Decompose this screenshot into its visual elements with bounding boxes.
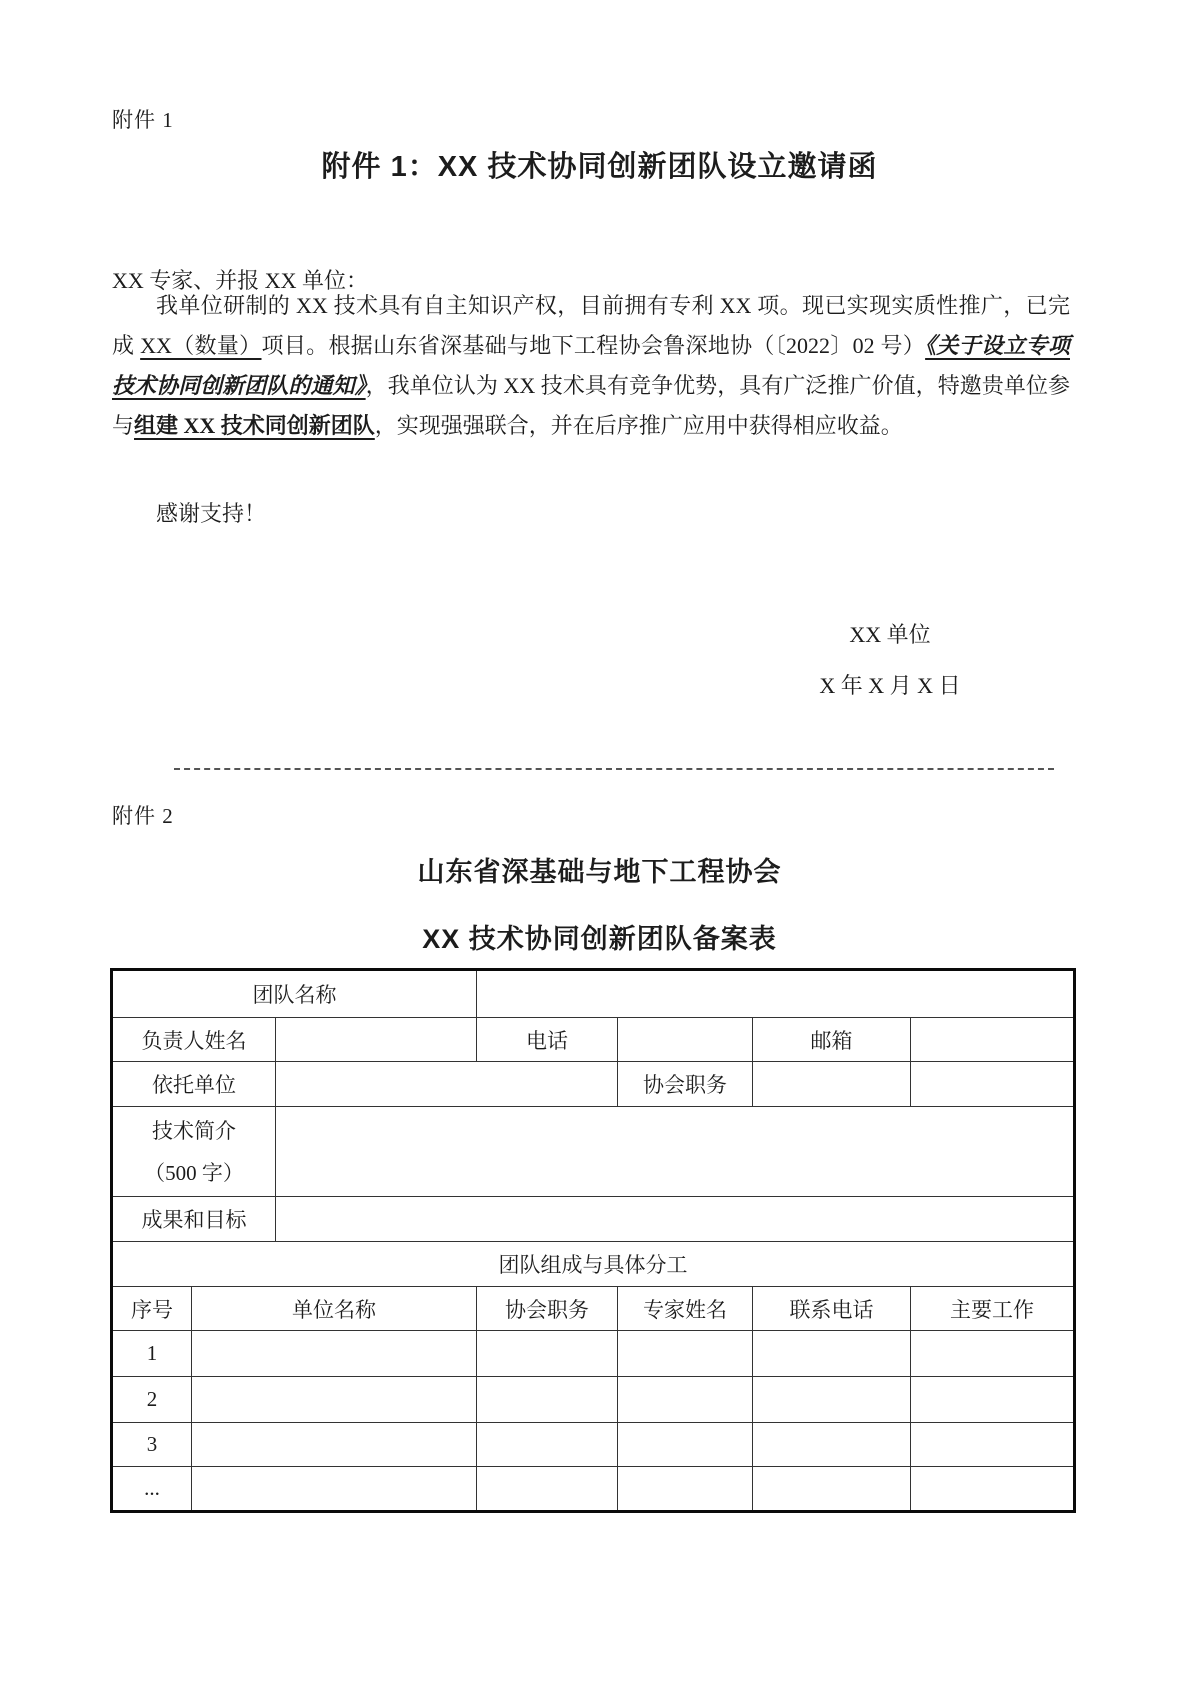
table-row-team-name: 团队名称	[112, 970, 1075, 1018]
member-ellipsis-work-cell[interactable]	[911, 1467, 1075, 1512]
outcomes-input-cell[interactable]	[276, 1197, 1075, 1242]
registration-form-table: 团队名称 负责人姓名 电话 邮箱 依托单位 协会职务 技术简介 （500 字）	[110, 968, 1076, 1513]
header-association-post: 协会职务	[477, 1287, 618, 1331]
supporting-unit-input-cell[interactable]	[276, 1062, 618, 1107]
paragraph-run: XX（数量）	[140, 333, 261, 358]
letter-title: 附件 1：XX 技术协同创新团队设立邀请函	[0, 144, 1199, 185]
signature-date: X 年 X 月 X 日	[730, 669, 1050, 700]
form-title-association: 山东省深基础与地下工程协会	[0, 850, 1199, 889]
paragraph-run: 项目。根据山东省深基础与地下工程协会鲁深地协（〔2022〕02 号）	[262, 333, 926, 358]
member-3-index: 3	[112, 1423, 192, 1467]
email-input-cell[interactable]	[911, 1018, 1075, 1062]
member-ellipsis-unit-cell[interactable]	[192, 1467, 477, 1512]
member-2-unit-cell[interactable]	[192, 1377, 477, 1423]
member-1-work-cell[interactable]	[911, 1331, 1075, 1377]
header-main-work: 主要工作	[911, 1287, 1075, 1331]
dashed-separator	[174, 768, 1054, 770]
table-row-section-header: 团队组成与具体分工	[112, 1242, 1075, 1287]
member-row-ellipsis: ...	[112, 1467, 1075, 1512]
tech-intro-label: 技术简介 （500 字）	[112, 1107, 276, 1197]
association-post-extra-cell[interactable]	[911, 1062, 1075, 1107]
signature-org: XX 单位	[730, 618, 1050, 649]
member-row-3: 3	[112, 1423, 1075, 1467]
phone-label: 电话	[477, 1018, 618, 1062]
table-row-leader: 负责人姓名 电话 邮箱	[112, 1018, 1075, 1062]
team-name-label: 团队名称	[112, 970, 477, 1018]
header-contact-phone: 联系电话	[753, 1287, 911, 1331]
tech-intro-label-line1: 技术简介	[117, 1110, 271, 1152]
signature-block: XX 单位 X 年 X 月 X 日	[730, 618, 1050, 720]
member-ellipsis-phone-cell[interactable]	[753, 1467, 911, 1512]
tech-intro-label-line2: （500 字）	[117, 1152, 271, 1194]
email-label: 邮箱	[753, 1018, 911, 1062]
association-post-label: 协会职务	[618, 1062, 753, 1107]
member-ellipsis-post-cell[interactable]	[477, 1467, 618, 1512]
form-title-registration: XX 技术协同创新团队备案表	[0, 917, 1199, 956]
member-1-phone-cell[interactable]	[753, 1331, 911, 1377]
member-2-work-cell[interactable]	[911, 1377, 1075, 1423]
member-2-expert-cell[interactable]	[618, 1377, 753, 1423]
document-page: { "letter": { "attachment_label": "附件 1"…	[0, 0, 1199, 1696]
header-unit-name: 单位名称	[192, 1287, 477, 1331]
paragraph-run: 组建 XX 技术同创新团队	[134, 413, 375, 438]
member-3-unit-cell[interactable]	[192, 1423, 477, 1467]
member-table-header-row: 序号 单位名称 协会职务 专家姓名 联系电话 主要工作	[112, 1287, 1075, 1331]
leader-name-input-cell[interactable]	[276, 1018, 477, 1062]
member-3-expert-cell[interactable]	[618, 1423, 753, 1467]
member-ellipsis-index: ...	[112, 1467, 192, 1512]
attachment1-label: 附件 1	[112, 104, 174, 134]
supporting-unit-label: 依托单位	[112, 1062, 276, 1107]
member-2-index: 2	[112, 1377, 192, 1423]
member-3-work-cell[interactable]	[911, 1423, 1075, 1467]
member-1-expert-cell[interactable]	[618, 1331, 753, 1377]
member-row-1: 1	[112, 1331, 1075, 1377]
header-index: 序号	[112, 1287, 192, 1331]
leader-name-label: 负责人姓名	[112, 1018, 276, 1062]
member-3-post-cell[interactable]	[477, 1423, 618, 1467]
member-2-phone-cell[interactable]	[753, 1377, 911, 1423]
team-name-input-cell[interactable]	[477, 970, 1075, 1018]
member-1-unit-cell[interactable]	[192, 1331, 477, 1377]
letter-body-paragraph: 我单位研制的 XX 技术具有自主知识产权，目前拥有专利 XX 项。现已实现实质性…	[112, 286, 1070, 446]
member-row-2: 2	[112, 1377, 1075, 1423]
association-post-input-cell[interactable]	[753, 1062, 911, 1107]
member-2-post-cell[interactable]	[477, 1377, 618, 1423]
letter-thanks: 感谢支持！	[112, 497, 266, 528]
member-1-index: 1	[112, 1331, 192, 1377]
table-row-tech-intro: 技术简介 （500 字）	[112, 1107, 1075, 1197]
member-3-phone-cell[interactable]	[753, 1423, 911, 1467]
section-header-label: 团队组成与具体分工	[112, 1242, 1075, 1287]
paragraph-run: ，实现强强联合，并在后序推广应用中获得相应收益。	[375, 413, 903, 438]
member-ellipsis-expert-cell[interactable]	[618, 1467, 753, 1512]
header-expert-name: 专家姓名	[618, 1287, 753, 1331]
member-1-post-cell[interactable]	[477, 1331, 618, 1377]
attachment2-label: 附件 2	[112, 800, 174, 830]
table-row-outcomes: 成果和目标	[112, 1197, 1075, 1242]
outcomes-label: 成果和目标	[112, 1197, 276, 1242]
tech-intro-input-cell[interactable]	[276, 1107, 1075, 1197]
phone-input-cell[interactable]	[618, 1018, 753, 1062]
table-row-supporting-unit: 依托单位 协会职务	[112, 1062, 1075, 1107]
